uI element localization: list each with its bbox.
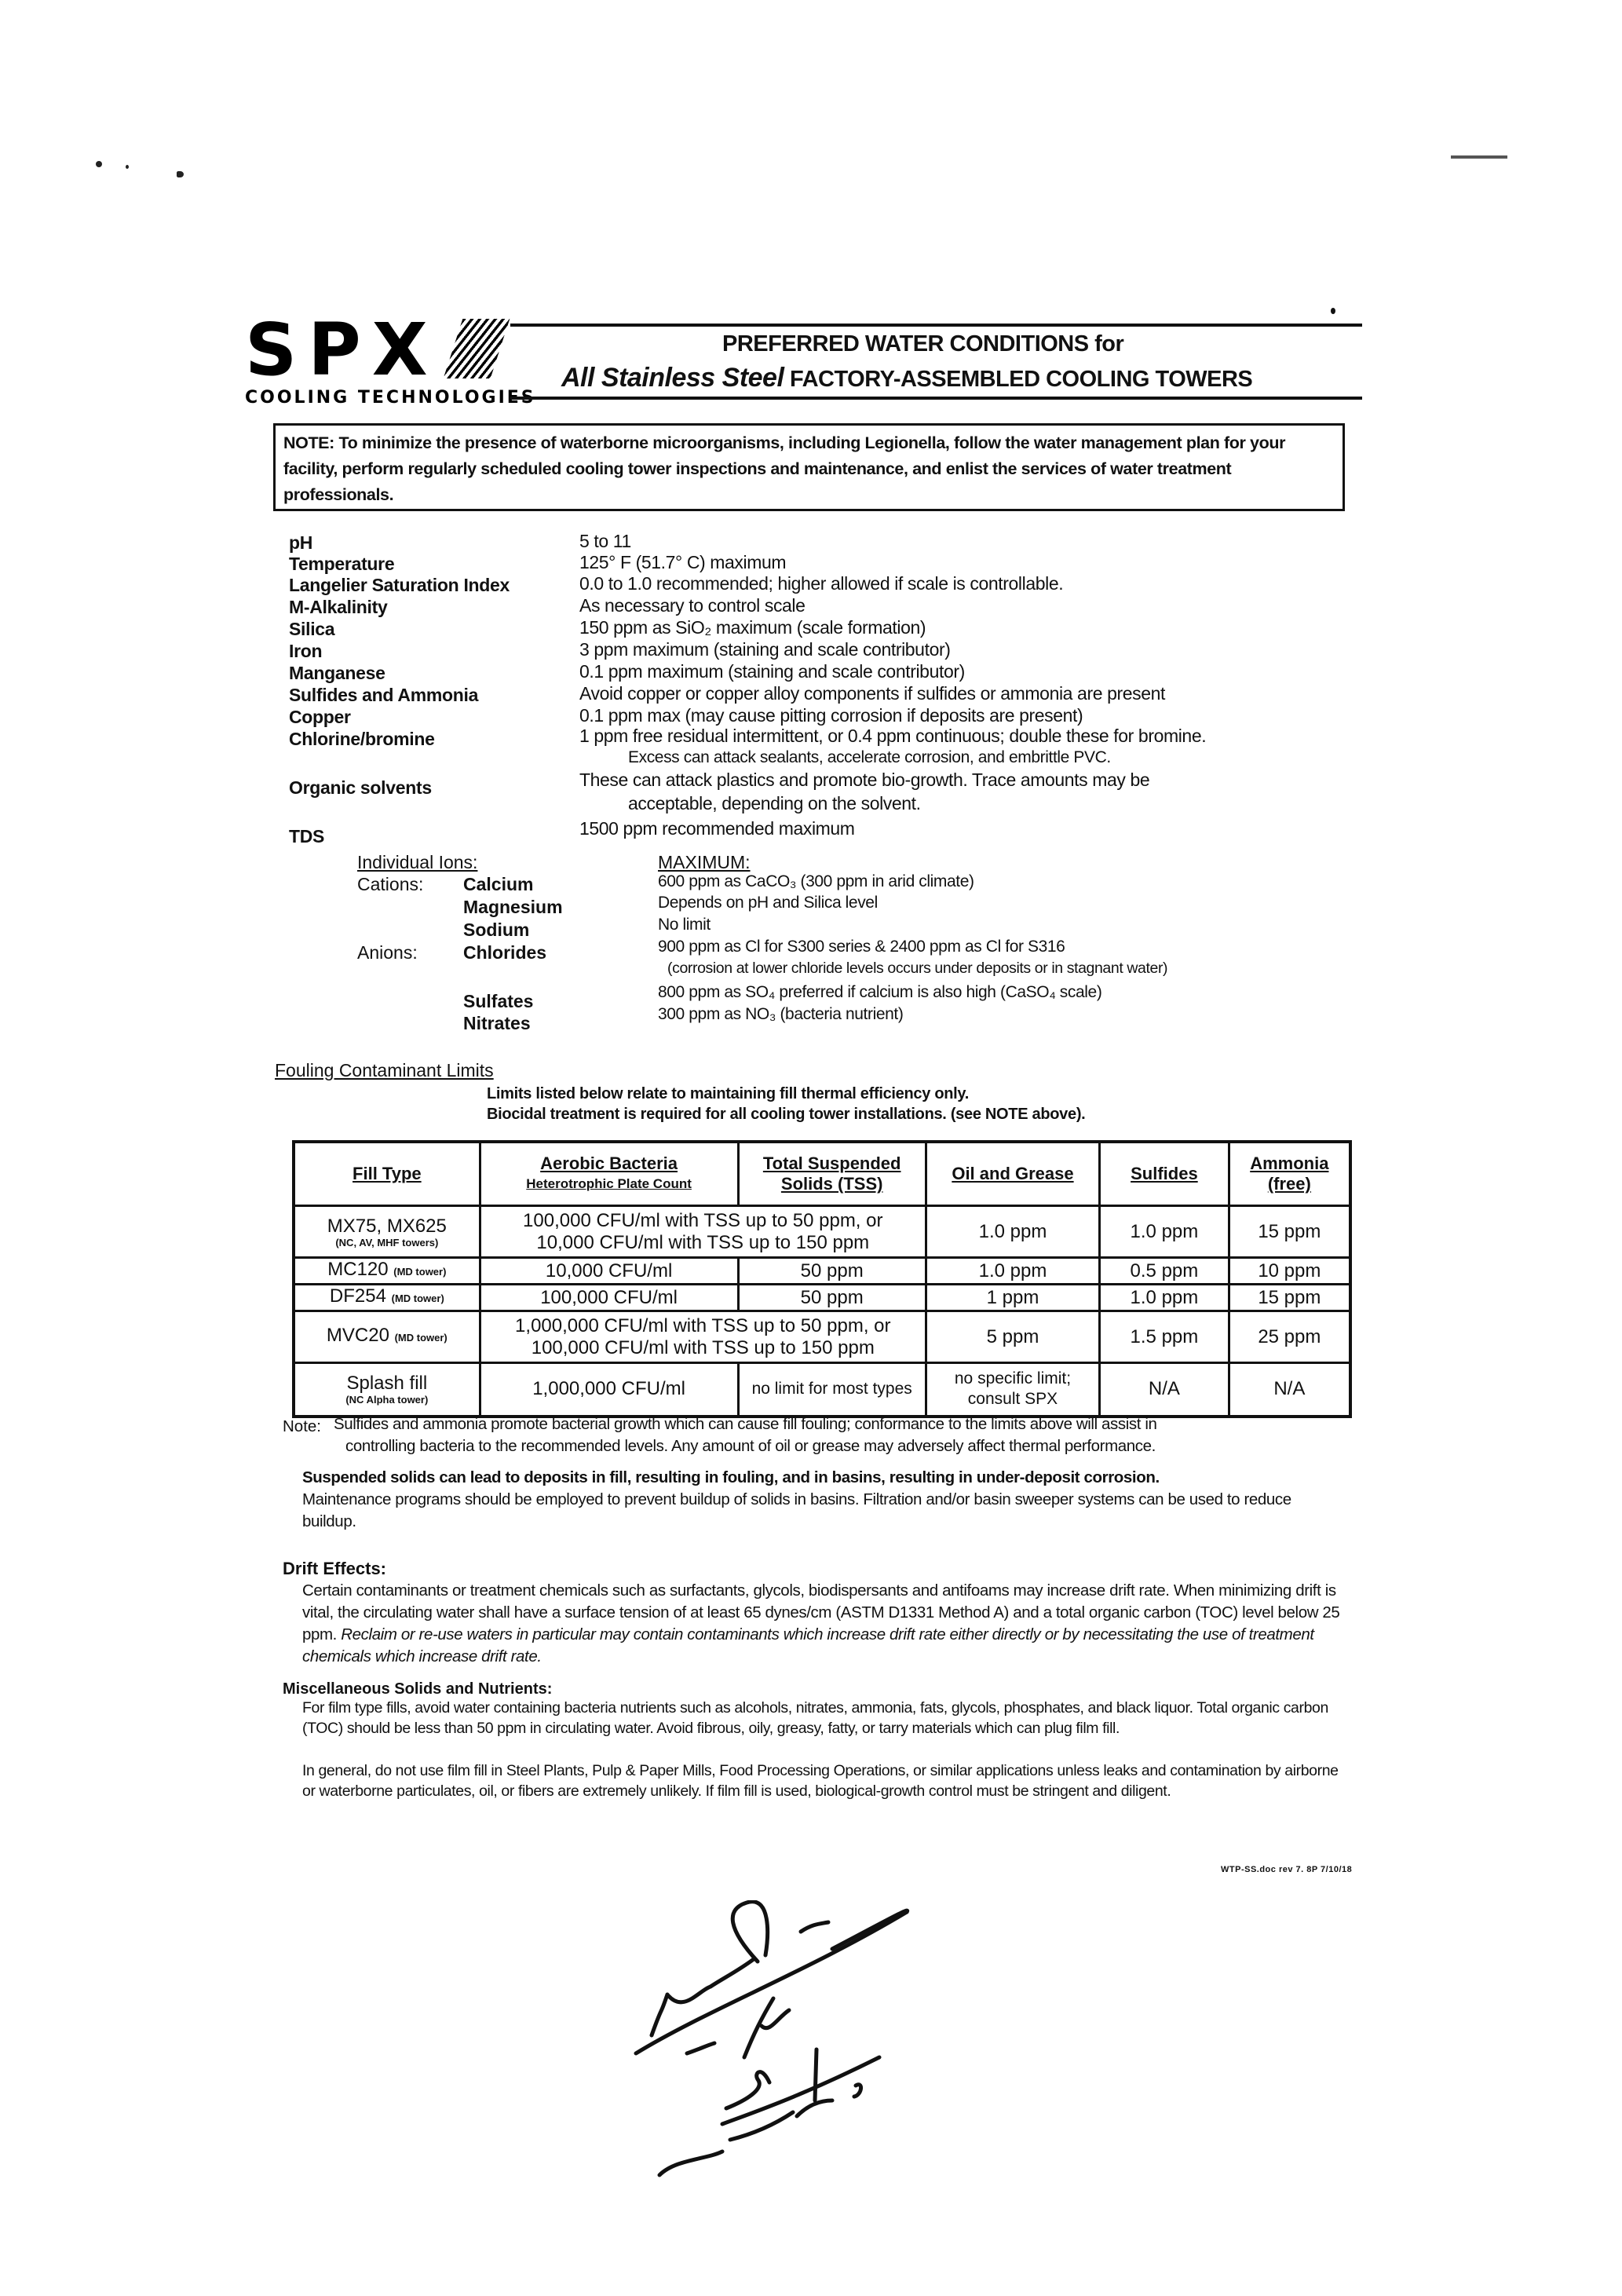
handwritten-signature xyxy=(612,1900,1005,2230)
param-value: 5 to 11 xyxy=(579,531,631,552)
bacteria-cell: 100,000 CFU/ml xyxy=(480,1285,738,1311)
param-label: Organic solvents xyxy=(289,777,432,799)
ammonia-cell: N/A xyxy=(1229,1363,1350,1417)
ion-value: 600 ppm as CaCO₃ (300 ppm in arid climat… xyxy=(658,872,974,891)
suspended-solids-bold: Suspended solids can lead to deposits in… xyxy=(302,1467,1354,1489)
param-value: These can attack plastics and promote bi… xyxy=(579,770,1149,791)
param-continuation: acceptable, depending on the solvent. xyxy=(628,793,921,814)
header-rule-top xyxy=(510,324,1362,327)
param-label: pH xyxy=(289,532,312,554)
param-value: 1500 ppm recommended maximum xyxy=(579,818,855,839)
cations-label: Cations: xyxy=(357,874,423,895)
ion-name: Sulfates xyxy=(463,991,533,1012)
ion-value: No limit xyxy=(658,916,711,934)
param-label: M-Alkalinity xyxy=(289,597,387,618)
bacteria-cell: 10,000 CFU/ml xyxy=(480,1258,738,1285)
fill-type-cell: MX75, MX625(NC, AV, MHF towers) xyxy=(294,1206,480,1258)
oil-cell: 1.0 ppm xyxy=(926,1206,1099,1258)
ion-name: Chlorides xyxy=(463,942,546,963)
col-fill-type: Fill Type xyxy=(294,1142,480,1206)
tss-cell: 50 ppm xyxy=(738,1258,926,1285)
param-value: 3 ppm maximum (staining and scale contri… xyxy=(579,639,950,660)
ion-value: 900 ppm as Cl for S300 series & 2400 ppm… xyxy=(658,938,1065,956)
sulfides-cell: 1.5 ppm xyxy=(1100,1311,1229,1363)
sulfides-cell: 1.0 ppm xyxy=(1100,1285,1229,1311)
ion-name: Sodium xyxy=(463,919,529,941)
maximum-heading: MAXIMUM: xyxy=(658,852,751,873)
scan-speck xyxy=(1331,308,1335,314)
param-value: 1 ppm free residual intermittent, or 0.4… xyxy=(579,726,1206,747)
document-code: WTP-SS.doc rev 7. 8P 7/10/18 xyxy=(1221,1865,1352,1874)
oil-cell: 1 ppm xyxy=(926,1285,1099,1311)
ammonia-cell: 15 ppm xyxy=(1229,1206,1350,1258)
fill-type-cell: MC120 (MD tower) xyxy=(294,1258,480,1285)
ion-value: Depends on pH and Silica level xyxy=(658,894,878,912)
oil-cell: 1.0 ppm xyxy=(926,1258,1099,1285)
misc-heading: Miscellaneous Solids and Nutrients: xyxy=(283,1680,552,1698)
tss-cell: no limit for most types xyxy=(738,1363,926,1417)
ion-value: 300 ppm as NO₃ (bacteria nutrient) xyxy=(658,1005,903,1024)
page-title-line1: PREFERRED WATER CONDITIONS for xyxy=(722,331,1123,357)
param-value: 150 ppm as SiO₂ maximum (scale formation… xyxy=(579,617,926,638)
param-value: 0.0 to 1.0 recommended; higher allowed i… xyxy=(579,573,1063,594)
page-title-line2: All Stainless Steel FACTORY-ASSEMBLED CO… xyxy=(561,363,1252,393)
bacteria-cell: 1,000,000 CFU/ml xyxy=(480,1363,738,1417)
note-label: Note: xyxy=(283,1417,321,1436)
param-label: TDS xyxy=(289,826,324,847)
col-ammonia: Ammonia(free) xyxy=(1229,1142,1350,1206)
table-row: DF254 (MD tower) 100,000 CFU/ml 50 ppm 1… xyxy=(294,1285,1350,1311)
fouling-note-line1: Sulfides and ammonia promote bacterial g… xyxy=(334,1413,1354,1435)
oil-cell: no specific limit; consult SPX xyxy=(926,1363,1099,1417)
logo-subtitle: COOLING TECHNOLOGIES xyxy=(245,388,536,408)
bacteria-tss-cell: 1,000,000 CFU/ml with TSS up to 50 ppm, … xyxy=(480,1311,926,1363)
col-sulfides: Sulfides xyxy=(1100,1142,1229,1206)
fill-type-cell: MVC20 (MD tower) xyxy=(294,1311,480,1363)
col-aerobic-bacteria: Aerobic BacteriaHeterotrophic Plate Coun… xyxy=(480,1142,738,1206)
drift-heading: Drift Effects: xyxy=(283,1559,386,1579)
param-label: Langelier Saturation Index xyxy=(289,575,510,596)
table-header-row: Fill Type Aerobic BacteriaHeterotrophic … xyxy=(294,1142,1350,1206)
misc-text1: For film type fills, avoid water contain… xyxy=(302,1698,1339,1738)
header-rule-bottom xyxy=(510,397,1362,400)
param-label: Sulfides and Ammonia xyxy=(289,685,478,706)
fill-type-cell: DF254 (MD tower) xyxy=(294,1285,480,1311)
suspended-solids-text: Maintenance programs should be employed … xyxy=(302,1489,1339,1533)
table-row: MC120 (MD tower) 10,000 CFU/ml 50 ppm 1.… xyxy=(294,1258,1350,1285)
limits-note-line2: Biocidal treatment is required for all c… xyxy=(487,1106,1085,1124)
ammonia-cell: 15 ppm xyxy=(1229,1285,1350,1311)
title-rest: FACTORY-ASSEMBLED COOLING TOWERS xyxy=(790,367,1252,392)
tss-cell: 50 ppm xyxy=(738,1285,926,1311)
param-label: Iron xyxy=(289,641,322,662)
legionella-note-box: NOTE: To minimize the presence of waterb… xyxy=(273,423,1345,511)
bacteria-tss-cell: 100,000 CFU/ml with TSS up to 50 ppm, or… xyxy=(480,1206,926,1258)
param-value: 0.1 ppm max (may cause pitting corrosion… xyxy=(579,705,1083,726)
scan-speck xyxy=(96,161,102,167)
scan-mark xyxy=(1451,155,1507,159)
ion-name: Calcium xyxy=(463,874,533,895)
ion-note: (corrosion at lower chloride levels occu… xyxy=(667,960,1167,978)
param-label: Manganese xyxy=(289,663,385,684)
anions-label: Anions: xyxy=(357,942,418,963)
table-row: MX75, MX625(NC, AV, MHF towers) 100,000 … xyxy=(294,1206,1350,1258)
param-value: 0.1 ppm maximum (staining and scale cont… xyxy=(579,661,965,682)
param-label: Silica xyxy=(289,619,334,640)
sulfides-cell: 1.0 ppm xyxy=(1100,1206,1229,1258)
param-value: As necessary to control scale xyxy=(579,595,806,616)
param-value: Avoid copper or copper alloy components … xyxy=(579,683,1165,704)
ion-name: Nitrates xyxy=(463,1013,531,1034)
fill-type-cell: Splash fill(NC Alpha tower) xyxy=(294,1363,480,1417)
scan-speck xyxy=(126,165,129,169)
drift-text: Certain contaminants or treatment chemic… xyxy=(302,1580,1354,1668)
fouling-limits-table: Fill Type Aerobic BacteriaHeterotrophic … xyxy=(292,1140,1352,1418)
misc-text2: In general, do not use film fill in Stee… xyxy=(302,1760,1339,1801)
scan-speck xyxy=(177,171,184,177)
fouling-note-line2: controlling bacteria to the recommended … xyxy=(345,1435,1366,1457)
param-value: 125° F (51.7° C) maximum xyxy=(579,552,786,573)
table-row: Splash fill(NC Alpha tower) 1,000,000 CF… xyxy=(294,1363,1350,1417)
sulfides-cell: N/A xyxy=(1100,1363,1229,1417)
param-label: Copper xyxy=(289,707,351,728)
sulfides-cell: 0.5 ppm xyxy=(1100,1258,1229,1285)
ions-heading: Individual Ions: xyxy=(357,852,477,873)
title-emphasis: All Stainless Steel xyxy=(561,363,784,393)
spx-logo: SPX COOLING TECHNOLOGIES xyxy=(245,314,536,408)
ion-value: 800 ppm as SO₄ preferred if calcium is a… xyxy=(658,983,1101,1002)
ammonia-cell: 10 ppm xyxy=(1229,1258,1350,1285)
ammonia-cell: 25 ppm xyxy=(1229,1311,1350,1363)
param-continuation: Excess can attack sealants, accelerate c… xyxy=(628,748,1111,767)
fouling-heading: Fouling Contaminant Limits xyxy=(275,1060,494,1081)
param-label: Temperature xyxy=(289,554,394,575)
col-tss: Total SuspendedSolids (TSS) xyxy=(738,1142,926,1206)
table-row: MVC20 (MD tower) 1,000,000 CFU/ml with T… xyxy=(294,1311,1350,1363)
ion-name: Magnesium xyxy=(463,897,563,918)
param-label: Chlorine/bromine xyxy=(289,729,435,750)
col-oil-grease: Oil and Grease xyxy=(926,1142,1099,1206)
limits-note-line1: Limits listed below relate to maintainin… xyxy=(487,1085,969,1103)
oil-cell: 5 ppm xyxy=(926,1311,1099,1363)
